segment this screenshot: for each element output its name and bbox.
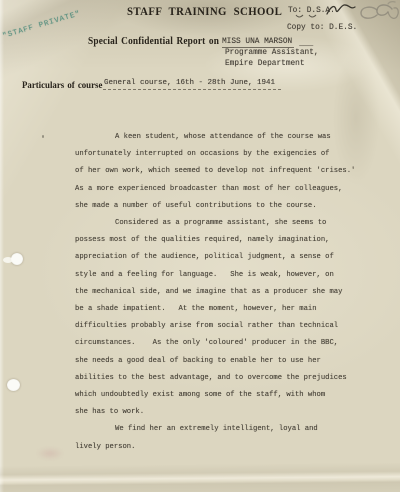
body-line: she has to work. xyxy=(75,404,387,421)
body-line: style and a feeling for language. She is… xyxy=(75,267,387,284)
body-line: A keen student, whose attendance of the … xyxy=(75,129,387,146)
document-page: "STAFF PRIVATE" STAFF TRAINING SCHOOL To… xyxy=(0,0,400,492)
body-line: lively person. xyxy=(75,439,387,456)
body-line: the mechanical side, and we imagine that… xyxy=(75,284,387,301)
body-line: circumstances. As the only 'coloured' pr… xyxy=(75,335,387,352)
copy-to-line: Copy to: D.E.S. xyxy=(287,24,357,32)
blank-underscores: ___ xyxy=(299,40,313,48)
report-title: Special Confidential Report on xyxy=(88,36,219,47)
body-line: abilities to the best advantage, and to … xyxy=(75,370,387,387)
body-line: appreciation of the audience, political … xyxy=(75,249,387,266)
punch-hole xyxy=(7,379,20,391)
body-line: unfortunately interrupted on occasions b… xyxy=(75,146,387,163)
body-line: We find her an extremely intelligent, lo… xyxy=(75,421,387,438)
pencil-initials-icon xyxy=(352,0,399,27)
body-line: she needs a good deal of backing to enab… xyxy=(75,353,387,370)
body-line: of her own work, which seemed to develop… xyxy=(75,163,387,180)
body-line: As a more experienced broadcaster than m… xyxy=(75,181,387,198)
staff-private-stamp: "STAFF PRIVATE" xyxy=(2,10,82,41)
subject-name-line: MISS UNA MARSON ___ xyxy=(222,38,313,48)
report-body: A keen student, whose attendance of the … xyxy=(75,129,387,456)
body-line: Considered as a programme assistant, she… xyxy=(75,215,387,232)
subject-name: MISS UNA MARSON xyxy=(222,38,294,48)
subject-role: Programme Assistant, xyxy=(225,49,319,57)
body-line: be a shade impatient. At the moment, how… xyxy=(75,301,387,318)
body-line: which undoubtedly exist among some of th… xyxy=(75,387,387,404)
body-line: she made a number of useful contribution… xyxy=(75,198,387,215)
body-line: difficulties probably arise from social … xyxy=(75,318,387,335)
punch-hole xyxy=(11,253,23,265)
ink-speck xyxy=(42,135,44,138)
particulars-label: Particulars of course xyxy=(22,81,102,91)
particulars-value: General course, 16th - 28th June, 1941 xyxy=(103,79,281,90)
paper-stain xyxy=(36,447,64,460)
page-title: STAFF TRAINING SCHOOL xyxy=(127,6,282,18)
ink-underline-marks-icon xyxy=(295,13,321,20)
body-line: possess most of the qualities required, … xyxy=(75,232,387,249)
paper-fold-line xyxy=(0,462,400,492)
subject-department: Empire Department xyxy=(225,60,305,68)
